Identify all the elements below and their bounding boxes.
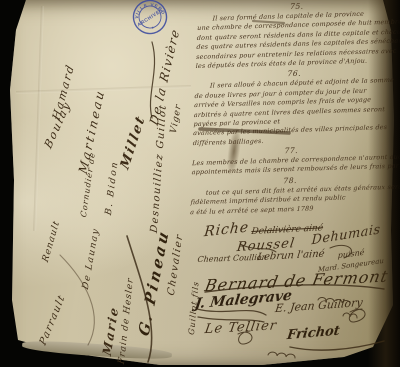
manuscript-scan: VILLE VERDUN ARCHIVES 75.Il sera formé d… [0, 0, 400, 367]
page-edge-shadow [368, 0, 400, 367]
document-text: 75.Il sera formé dans la capitale de la … [190, 0, 396, 217]
